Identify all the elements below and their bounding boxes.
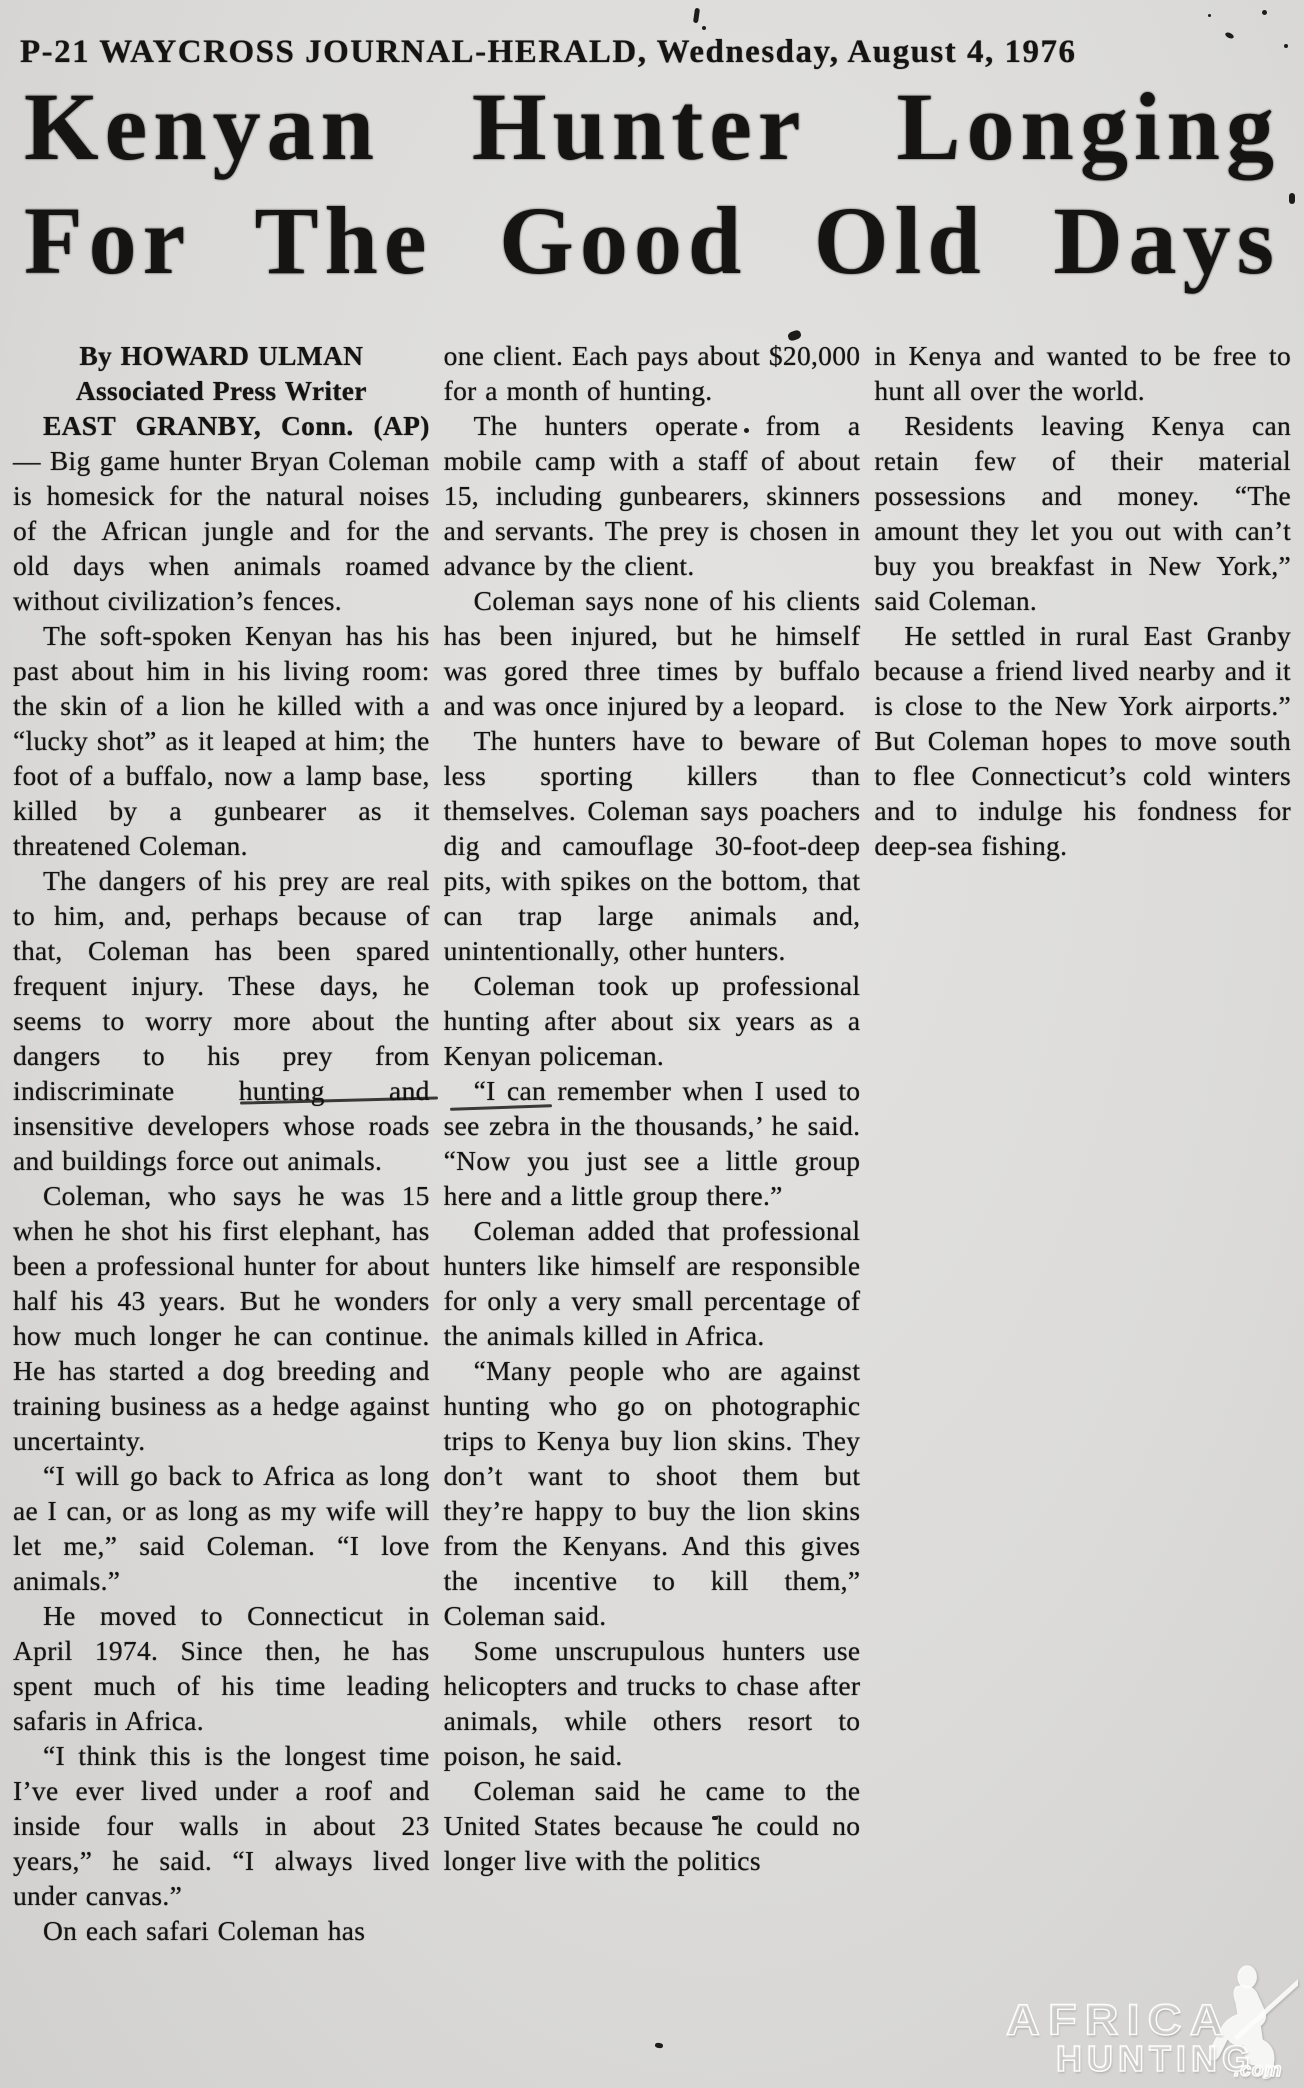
paragraph: “I will go back to Africa as long ae I c… xyxy=(13,1458,430,1598)
lead-text: — Big game hunter Bryan Coleman is homes… xyxy=(13,445,430,616)
dateline: EAST GRANBY, Conn. (AP) xyxy=(43,410,430,441)
headline: Kenyan Hunter Longing For The Good Old D… xyxy=(0,70,1304,298)
africahunting-watermark: AFRICA HUNTING .com xyxy=(1000,1966,1302,2086)
paragraph: Coleman took up professional hunting aft… xyxy=(444,968,861,1073)
paragraph: Coleman, who says he was 15 when he shot… xyxy=(13,1178,430,1458)
byline-role: Associated Press Writer xyxy=(13,373,430,408)
paragraph: Coleman says none of his clients has bee… xyxy=(444,583,861,723)
ink-speck xyxy=(702,26,706,30)
ink-speck xyxy=(1284,44,1288,48)
ink-speck xyxy=(1289,193,1295,204)
paragraph: On each safari Coleman has xyxy=(13,1913,430,1948)
paragraph: “I can remember when I used to see zebra… xyxy=(444,1073,861,1213)
paragraph: He settled in rural East Granby because … xyxy=(874,618,1291,863)
ink-speck xyxy=(712,1816,718,1820)
paragraph: Coleman said he came to the United State… xyxy=(444,1773,861,1878)
watermark-word-hunting: HUNTING xyxy=(1056,2038,1255,2080)
paragraph: Some unscrupulous hunters use helicopter… xyxy=(444,1633,861,1773)
paragraph: “Many people who are against hunting who… xyxy=(444,1353,861,1633)
paragraph: The hunters have to beware of less sport… xyxy=(444,723,861,968)
column-1: By HOWARD ULMAN Associated Press Writer … xyxy=(13,338,430,2088)
column-3: in Kenya and wanted to be free to hunt a… xyxy=(874,338,1291,2088)
paragraph: The hunters operate from a mobile camp w… xyxy=(444,408,861,583)
newspaper-page: P-21 WAYCROSS JOURNAL-HERALD, Wednesday,… xyxy=(0,0,1304,2088)
paragraph: He moved to Connecticut in April 1974. S… xyxy=(13,1598,430,1738)
article-body: By HOWARD ULMAN Associated Press Writer … xyxy=(0,338,1304,2088)
masthead: P-21 WAYCROSS JOURNAL-HERALD, Wednesday,… xyxy=(20,34,1077,71)
paragraph: one client. Each pays about $20,000 for … xyxy=(444,338,861,408)
watermark-suffix-com: .com xyxy=(1234,2060,1282,2082)
paragraph: Residents leaving Kenya can retain few o… xyxy=(874,408,1291,618)
paragraph: The soft-spoken Kenyan has his past abou… xyxy=(13,618,430,863)
paragraph: The dangers of his prey are real to him,… xyxy=(13,863,430,1178)
paragraph: Coleman added that professional hunters … xyxy=(444,1213,861,1353)
column-2: one client. Each pays about $20,000 for … xyxy=(444,338,861,2088)
ink-speck xyxy=(693,8,700,24)
ink-speck xyxy=(1208,14,1211,17)
paragraph: “I think this is the longest time I’ve e… xyxy=(13,1738,430,1913)
byline-author: By HOWARD ULMAN xyxy=(13,338,430,373)
ink-speck xyxy=(744,428,749,433)
ink-speck xyxy=(1262,10,1267,15)
paragraph: in Kenya and wanted to be free to hunt a… xyxy=(874,338,1291,408)
ink-speck xyxy=(1224,31,1234,39)
headline-line-1: Kenyan Hunter Longing xyxy=(24,70,1280,184)
headline-line-2: For The Good Old Days xyxy=(24,184,1280,298)
lead-paragraph: EAST GRANBY, Conn. (AP) — Big game hunte… xyxy=(13,408,430,618)
